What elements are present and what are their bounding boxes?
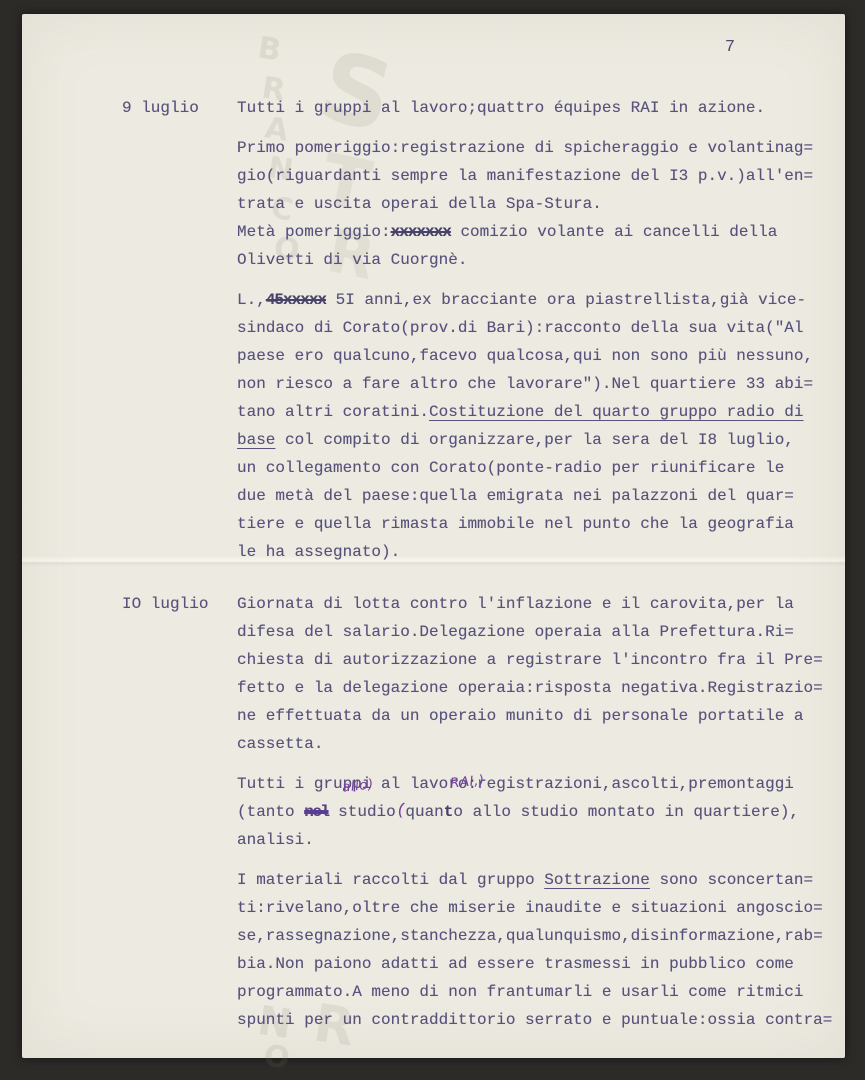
text-line: cassetta. <box>237 730 832 758</box>
text-line: Tutti i gruppi al lavoro;quattro équipes… <box>237 94 827 122</box>
text-line: Metà pomeriggio:xxxxxxx comizio volante … <box>237 218 827 246</box>
text-line: fetto e la delegazione operaia:risposta … <box>237 674 832 702</box>
text-segment: se,rassegnazione,stanchezza,qualunquismo… <box>237 927 823 945</box>
text-line: difesa del salario.Delegazione operaia a… <box>237 618 832 646</box>
text-line: le ha assegnato). <box>237 538 827 566</box>
text-segment-x: 45xxxxx <box>266 291 326 309</box>
text-line: due metà del paese:quella emigrata nei p… <box>237 482 827 510</box>
text-line: Primo pomeriggio:registrazione di spiche… <box>237 134 827 162</box>
text-segment: comizio volante ai cancelli della <box>451 223 777 241</box>
text-segment: spunti per un contraddittorio serrato e … <box>237 1011 832 1029</box>
paragraph: Giornata di lotta contro l'inflazione e … <box>237 590 832 758</box>
text-segment: studio <box>329 803 396 821</box>
handwritten-annotation: allo) <box>341 776 374 795</box>
text-line: programmato.A meno di non frantumarli e … <box>237 978 832 1006</box>
text-segment-u: Costituzione del quarto gruppo radio di <box>429 403 803 421</box>
text-segment: sono sconcertan= <box>650 871 813 889</box>
page-number: 7 <box>710 38 750 57</box>
text-segment: (tanto <box>237 803 304 821</box>
text-segment: fetto e la delegazione operaia:risposta … <box>237 679 823 697</box>
text-line: non riesco a fare altro che lavorare").N… <box>237 370 827 398</box>
text-segment: un collegamento con Corato(ponte-radio p… <box>237 459 784 477</box>
text-line: ti:rivelano,oltre che miserie inaudite e… <box>237 894 832 922</box>
text-line: Olivetti di via Cuorgnè. <box>237 246 827 274</box>
text-line: tano altri coratini.Costituzione del qua… <box>237 398 827 426</box>
text-line: un collegamento con Corato(ponte-radio p… <box>237 454 827 482</box>
diary-entry: IO luglio Giornata di lotta contro l'inf… <box>122 590 827 1034</box>
text-segment: quan <box>405 803 443 821</box>
text-segment-u: Sottrazione <box>544 871 650 889</box>
text-line: analisi. <box>237 826 832 854</box>
text-segment: col compito di organizzare,per la sera d… <box>275 431 793 449</box>
text-segment: o allo studio montato in quartiere), <box>453 803 799 821</box>
text-segment: Olivetti di via Cuorgnè. <box>237 251 467 269</box>
text-segment: I materiali raccolti dal gruppo <box>237 871 544 889</box>
text-segment-u: base <box>237 431 275 449</box>
text-segment: Tutti i gruppi al lavoro:registrazioni,a… <box>237 775 794 793</box>
text-line: Giornata di lotta contro l'inflazione e … <box>237 590 832 618</box>
text-line: base col compito di organizzare,per la s… <box>237 426 827 454</box>
text-line: chiesta di autorizzazione a registrare l… <box>237 646 832 674</box>
text-line: sindaco di Corato(prov.di Bari):racconto… <box>237 314 827 342</box>
text-segment: sindaco di Corato(prov.di Bari):racconto… <box>237 319 804 337</box>
text-segment: cassetta. <box>237 735 323 753</box>
text-line: (tanto nel studio(quanto allo studio mon… <box>237 798 832 826</box>
text-line: spunti per un contraddittorio serrato e … <box>237 1006 832 1034</box>
text-segment: tano altri coratini. <box>237 403 429 421</box>
entry-body: Giornata di lotta contro l'inflazione e … <box>237 590 832 1034</box>
text-line: trata e uscita operai della Spa-Stura. <box>237 190 827 218</box>
entry-date: IO luglio <box>122 590 237 1034</box>
text-line: se,rassegnazione,stanchezza,qualunquismo… <box>237 922 832 950</box>
text-segment: ti:rivelano,oltre che miserie inaudite e… <box>237 899 823 917</box>
text-line: tiere e quella rimasta immobile nel punt… <box>237 510 827 538</box>
text-segment: bia.Non paiono adatti ad essere trasmess… <box>237 955 794 973</box>
text-segment: difesa del salario.Delegazione operaia a… <box>237 623 794 641</box>
text-segment: non riesco a fare altro che lavorare").N… <box>237 375 813 393</box>
text-segment: due metà del paese:quella emigrata nei p… <box>237 487 794 505</box>
text-line: ne effettuata da un operaio munito di pe… <box>237 702 832 730</box>
text-line: L.,45xxxxx 5I anni,ex bracciante ora pia… <box>237 286 827 314</box>
typewritten-text: 9 luglio Tutti i gruppi al lavoro;quattr… <box>122 94 827 1058</box>
text-segment: trata e uscita operai della Spa-Stura. <box>237 195 602 213</box>
text-segment: chiesta di autorizzazione a registrare l… <box>237 651 823 669</box>
text-segment: Tutti i gruppi al lavoro;quattro équipes… <box>237 99 765 117</box>
text-segment: Primo pomeriggio:registrazione di spiche… <box>237 139 813 157</box>
text-segment-x: xxxxxxx <box>391 223 451 241</box>
text-line: Tutti i gruppi al lavoro:registrazioni,a… <box>237 770 832 798</box>
paragraph: I materiali raccolti dal gruppo Sottrazi… <box>237 866 832 1034</box>
watermark-letter: B <box>255 30 283 68</box>
text-segment: analisi. <box>237 831 314 849</box>
entry-date: 9 luglio <box>122 94 237 566</box>
text-line: bia.Non paiono adatti ad essere trasmess… <box>237 950 832 978</box>
diary-entry: 9 luglio Tutti i gruppi al lavoro;quattr… <box>122 94 827 566</box>
text-line: I materiali raccolti dal gruppo Sottrazi… <box>237 866 832 894</box>
text-line: gio(riguardanti sempre la manifestazione… <box>237 162 827 190</box>
text-segment: paese ero qualcuno,facevo qualcosa,qui n… <box>237 347 813 365</box>
text-segment: Giornata di lotta contro l'inflazione e … <box>237 595 794 613</box>
text-segment: Metà pomeriggio: <box>237 223 391 241</box>
text-segment: le ha assegnato). <box>237 543 400 561</box>
paragraph: Tutti i gruppi al lavoro:registrazioni,a… <box>237 770 832 854</box>
text-segment: programmato.A meno di non frantumarli e … <box>237 983 804 1001</box>
text-segment: ne effettuata da un operaio munito di pe… <box>237 707 804 725</box>
paragraph: L.,45xxxxx 5I anni,ex bracciante ora pia… <box>237 286 827 566</box>
scan-background: B R A N C O S T R N R O 7 9 luglio Tutti… <box>0 0 865 1080</box>
text-segment: tiere e quella rimasta immobile nel punt… <box>237 515 794 533</box>
text-segment: L., <box>237 291 266 309</box>
paragraph: Tutti i gruppi al lavoro;quattro équipes… <box>237 94 827 122</box>
text-segment: 5I anni,ex bracciante ora piastrellista,… <box>326 291 806 309</box>
document-page: B R A N C O S T R N R O 7 9 luglio Tutti… <box>22 14 845 1058</box>
text-segment: gio(riguardanti sempre la manifestazione… <box>237 167 813 185</box>
text-segment-scrib: nel <box>304 803 328 821</box>
entry-body: Tutti i gruppi al lavoro;quattro équipes… <box>237 94 827 566</box>
text-segment-b: t <box>444 803 454 821</box>
text-line: paese ero qualcuno,facevo qualcosa,qui n… <box>237 342 827 370</box>
paragraph: Primo pomeriggio:registrazione di spiche… <box>237 134 827 274</box>
